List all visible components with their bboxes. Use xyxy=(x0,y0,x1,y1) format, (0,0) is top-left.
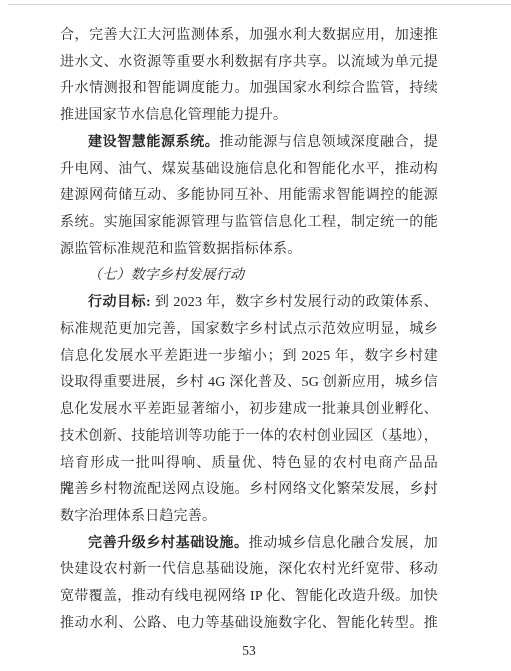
paragraph-lead: 行动目标: xyxy=(88,295,151,310)
line-text: 设取得重要进展，乡村 4G 深化普及、5G 创新应用，城乡信 xyxy=(60,375,438,390)
text-line: 设取得重要进展，乡村 4G 深化普及、5G 创新应用，城乡信 xyxy=(60,370,438,397)
document-page: 合，完善大江大河监测体系，加强水利大数据应用，加速推进水文、水资源等重要水利数据… xyxy=(0,0,511,671)
text-line: 数字治理体系日趋完善。 xyxy=(60,504,438,531)
text-line: 信息化发展水平差距进一步缩小；到 2025 年，数字乡村建 xyxy=(60,344,438,371)
text-line: 升水情测报和智能调度能力。加强国家水利综合监管，持续 xyxy=(60,76,438,103)
line-text: 快建设农村新一代信息基础设施，深化农村光纤宽带、移动 xyxy=(60,562,438,577)
line-text: 推动能源与信息领域深度融合，提 xyxy=(219,135,438,150)
line-text: 息化发展水平差距显著缩小，初步建成一批兼具创业孵化、 xyxy=(60,402,438,417)
line-text: 合，完善大江大河监测体系，加强水利大数据应用，加速推 xyxy=(60,28,438,43)
text-line: 快建设农村新一代信息基础设施，深化农村光纤宽带、移动 xyxy=(60,557,438,584)
text-line: 完善升级乡村基础设施。推动城乡信息化融合发展，加 xyxy=(60,531,438,558)
text-line: 宽带覆盖，推动有线电视网络 IP 化、智能化改造升级。加快 xyxy=(60,584,438,611)
text-line: 息化发展水平差距显著缩小，初步建成一批兼具创业孵化、 xyxy=(60,397,438,424)
text-line: 行动目标: 到 2023 年，数字乡村发展行动的政策体系、 xyxy=(60,290,438,317)
line-text: 推动城乡信息化融合发展，加 xyxy=(249,536,438,551)
text-line: 完善乡村物流配送网点设施。乡村网络文化繁荣发展，乡村 xyxy=(60,477,438,504)
line-text: 推进国家节水信息化管理能力提升。 xyxy=(60,108,287,123)
text-line: 合，完善大江大河监测体系，加强水利大数据应用，加速推 xyxy=(60,23,438,50)
text-line: 进水文、水资源等重要水利数据有序共享。以流域为单元提 xyxy=(60,50,438,77)
line-text: 建源网荷储互动、多能协同互补、用能需求智能调控的能源 xyxy=(60,188,438,203)
text-line: 升电网、油气、煤炭基础设施信息化和智能化水平，推动构 xyxy=(60,157,438,184)
text-line: 建设智慧能源系统。推动能源与信息领域深度融合，提 xyxy=(60,130,438,157)
line-text: 升水情测报和智能调度能力。加强国家水利综合监管，持续 xyxy=(60,81,438,96)
paragraph-lead: 完善升级乡村基础设施。 xyxy=(88,536,249,551)
line-text: 推动水利、公路、电力等基础设施数字化、智能化转型。推 xyxy=(60,616,438,631)
paragraph-lead: 建设智慧能源系统。 xyxy=(88,135,219,150)
page-number: 53 xyxy=(60,642,438,660)
line-text: 技术创新、技能培训等功能于一体的农村创业园区（基地）， xyxy=(60,429,438,444)
text-line: 技术创新、技能培训等功能于一体的农村创业园区（基地）， xyxy=(60,424,438,451)
line-text: 升电网、油气、煤炭基础设施信息化和智能化水平，推动构 xyxy=(60,162,438,177)
section-heading: （七）数字乡村发展行动 xyxy=(60,263,438,290)
text-line: 源监管标准规范和监管数据指标体系。 xyxy=(60,237,438,264)
line-text: 宽带覆盖，推动有线电视网络 IP 化、智能化改造升级。加快 xyxy=(60,589,438,604)
text-line: 标准规范更加完善，国家数字乡村试点示范效应明显，城乡 xyxy=(60,317,438,344)
line-text: 数字治理体系日趋完善。 xyxy=(60,509,216,524)
line-text: （七）数字乡村发展行动 xyxy=(88,268,244,283)
text-line: 推进国家节水信息化管理能力提升。 xyxy=(60,103,438,130)
line-text: 到 2023 年，数字乡村发展行动的政策体系、 xyxy=(151,295,438,310)
document-text: 合，完善大江大河监测体系，加强水利大数据应用，加速推进水文、水资源等重要水利数据… xyxy=(60,23,438,638)
scan-edge-line xyxy=(8,4,511,5)
line-text: 进水文、水资源等重要水利数据有序共享。以流域为单元提 xyxy=(60,55,438,70)
text-line: 推动水利、公路、电力等基础设施数字化、智能化转型。推 xyxy=(60,611,438,638)
line-text: 源监管标准规范和监管数据指标体系。 xyxy=(60,242,301,257)
text-line: 建源网荷储互动、多能协同互补、用能需求智能调控的能源 xyxy=(60,183,438,210)
text-line: 培育形成一批叫得响、质量优、特色显的农村电商产品品牌， xyxy=(60,451,438,478)
text-line: 系统。实施国家能源管理与监管信息化工程，制定统一的能 xyxy=(60,210,438,237)
line-text: 系统。实施国家能源管理与监管信息化工程，制定统一的能 xyxy=(60,215,438,230)
line-text: 标准规范更加完善，国家数字乡村试点示范效应明显，城乡 xyxy=(60,322,438,337)
line-text: 完善乡村物流配送网点设施。乡村网络文化繁荣发展，乡村 xyxy=(60,482,438,497)
line-text: 信息化发展水平差距进一步缩小；到 2025 年，数字乡村建 xyxy=(60,349,438,364)
